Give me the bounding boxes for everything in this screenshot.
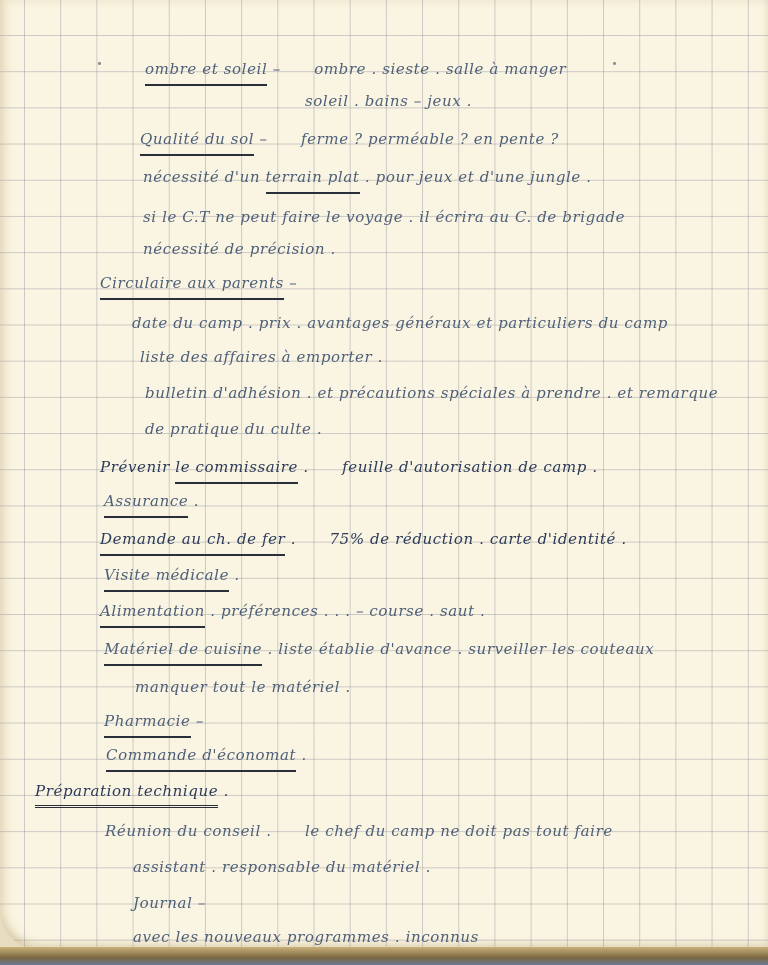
text: ombre . sieste . salle à manger	[314, 60, 566, 78]
line-date-camp: date du camp . prix . avantages généraux…	[132, 314, 668, 332]
line-alimentation: Alimentation . préférences . . . – cours…	[100, 602, 485, 628]
dot: .	[285, 530, 296, 548]
dash: –	[191, 712, 204, 730]
line-ct-voyage: si le C.T ne peut faire le voyage . il é…	[143, 208, 625, 226]
text: le chef du camp ne doit pas tout faire	[305, 822, 613, 840]
text: liste établie d'avance . surveiller les …	[278, 640, 654, 658]
text: soleil . bains – jeux .	[305, 92, 472, 110]
notebook-page: ombre et soleil – ombre . sieste . salle…	[0, 0, 768, 950]
heading-preparation-technique: Préparation technique	[35, 782, 218, 808]
line-preparation-technique: Préparation technique .	[35, 782, 229, 808]
line-qualite-sol: Qualité du sol – ferme ? perméable ? en …	[140, 130, 559, 156]
line-circulaire: Circulaire aux parents –	[100, 274, 297, 300]
text: 75% de réduction . carte d'identité .	[330, 530, 627, 548]
line-journal: Journal –	[133, 894, 206, 912]
line-culte: de pratique du culte .	[145, 420, 322, 438]
line-pharmacie: Pharmacie –	[104, 712, 204, 738]
dash: –	[267, 60, 280, 78]
heading-economat: Commande d'économat	[106, 746, 296, 772]
dot: .	[205, 602, 216, 620]
text: assistant . responsable du matériel .	[133, 858, 431, 876]
dot: .	[262, 640, 273, 658]
heading-chemin-de-fer: Demande au ch. de fer	[100, 530, 285, 556]
heading-pharmacie: Pharmacie	[104, 712, 191, 738]
heading-terrain-plat: terrain plat	[266, 168, 360, 194]
line-assistant: assistant . responsable du matériel .	[133, 858, 431, 876]
dot: .	[360, 168, 371, 186]
text: nécessité de précision .	[143, 240, 336, 258]
text: Journal –	[133, 894, 206, 912]
line-commissaire: Prévenir le commissaire . feuille d'auto…	[100, 458, 598, 484]
dash: –	[284, 274, 297, 292]
heading-materiel-cuisine: Matériel de cuisine	[104, 640, 262, 666]
line-manquer-materiel: manquer tout le matériel .	[135, 678, 351, 696]
line-precision: nécessité de précision .	[143, 240, 336, 258]
text: préférences . . . – course . saut .	[221, 602, 485, 620]
dot: .	[298, 458, 309, 476]
text: nécessité d'un	[143, 168, 260, 186]
text: avec les nouveaux programmes . inconnus	[133, 928, 479, 946]
dash: –	[254, 130, 267, 148]
ink-dot	[98, 62, 101, 65]
ink-dot	[613, 62, 616, 65]
text: manquer tout le matériel .	[135, 678, 351, 696]
dot: .	[229, 566, 240, 584]
text: bulletin d'adhésion . et précautions spé…	[145, 384, 718, 402]
line-ombre-soleil: ombre et soleil – ombre . sieste . salle…	[145, 60, 566, 86]
heading-ombre-soleil: ombre et soleil	[145, 60, 267, 86]
text: Réunion du conseil .	[105, 822, 272, 840]
heading-commissaire: le commissaire	[175, 458, 298, 484]
line-liste-affaires: liste des affaires à emporter .	[140, 348, 383, 366]
dot: .	[218, 782, 229, 800]
notebook-bottom-edge	[0, 947, 768, 965]
line-materiel-cuisine: Matériel de cuisine . liste établie d'av…	[104, 640, 654, 666]
dot: .	[296, 746, 307, 764]
text: ferme ? perméable ? en pente ?	[301, 130, 559, 148]
dot: .	[188, 492, 199, 510]
heading-visite-medicale: Visite médicale	[104, 566, 229, 592]
line-terrain-plat: nécessité d'un terrain plat . pour jeux …	[143, 168, 592, 194]
text: de pratique du culte .	[145, 420, 322, 438]
text: feuille d'autorisation de camp .	[342, 458, 598, 476]
text: pour jeux et d'une jungle .	[376, 168, 592, 186]
line-reunion-conseil: Réunion du conseil . le chef du camp ne …	[105, 822, 613, 840]
text: liste des affaires à emporter .	[140, 348, 383, 366]
line-soleil: soleil . bains – jeux .	[305, 92, 472, 110]
heading-alimentation: Alimentation	[100, 602, 205, 628]
line-economat: Commande d'économat .	[106, 746, 307, 772]
text: date du camp . prix . avantages généraux…	[132, 314, 668, 332]
line-visite-medicale: Visite médicale .	[104, 566, 240, 592]
line-bulletin: bulletin d'adhésion . et précautions spé…	[145, 384, 718, 402]
heading-circulaire-parents: Circulaire aux parents	[100, 274, 284, 300]
line-chemin-de-fer: Demande au ch. de fer . 75% de réduction…	[100, 530, 627, 556]
text: si le C.T ne peut faire le voyage . il é…	[143, 208, 625, 226]
line-programmes: avec les nouveaux programmes . inconnus	[133, 928, 479, 946]
text: Prévenir	[100, 458, 170, 476]
line-assurance: Assurance .	[104, 492, 199, 518]
heading-assurance: Assurance	[104, 492, 188, 518]
heading-qualite-sol: Qualité du sol	[140, 130, 254, 156]
